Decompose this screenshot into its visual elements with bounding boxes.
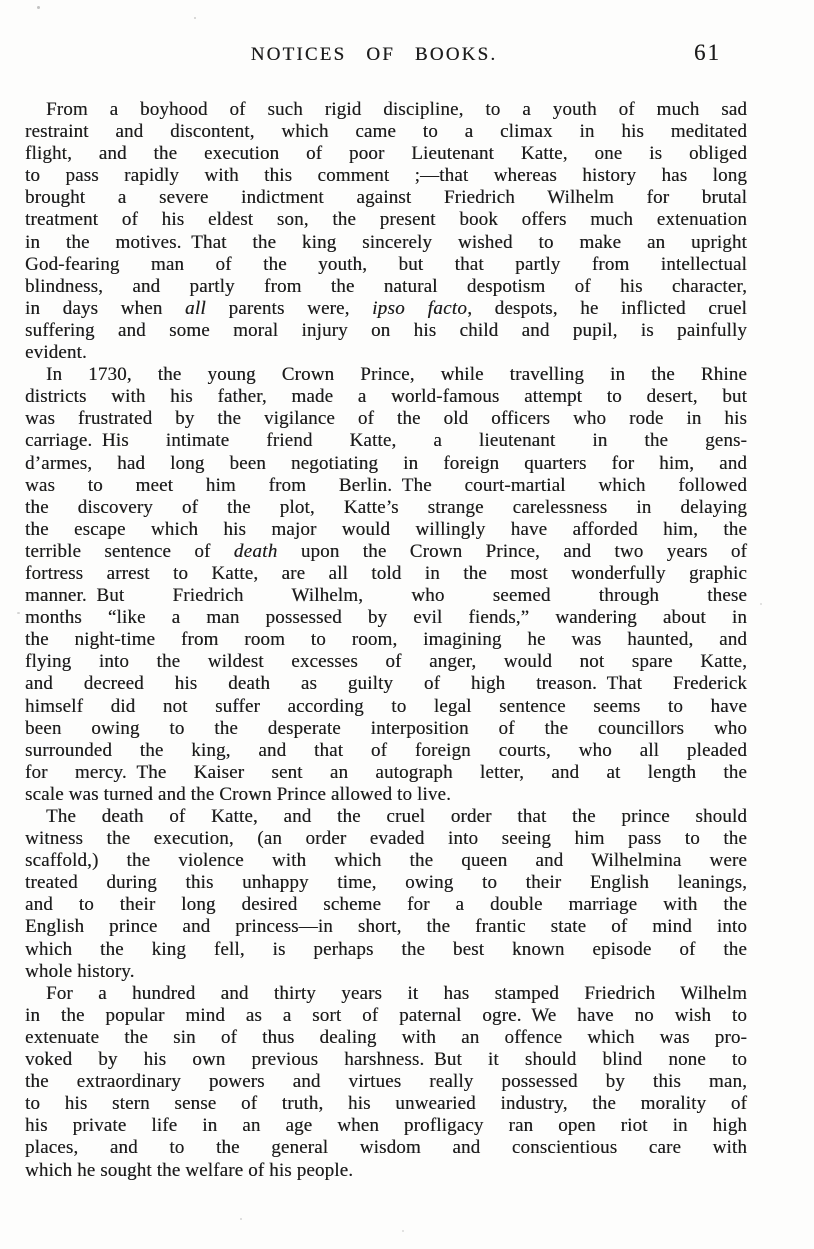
text-line: treatment of his eldest son, the present…	[25, 209, 747, 231]
text-line: which he sought the welfare of his peopl…	[25, 1160, 747, 1182]
text-line: and decreed his death as guilty of high …	[25, 673, 747, 695]
text-run: districts with his father, made a world-…	[25, 386, 747, 407]
text-run: surrounded the king, and that of foreign…	[25, 740, 747, 761]
text-line: was to meet him from Berlin. The court-m…	[25, 475, 747, 497]
text-line: evident.	[25, 342, 747, 364]
text-run: carriage. His intimate friend Katte, a l…	[25, 430, 747, 451]
text-run: to his stern sense of truth, his unweari…	[25, 1093, 747, 1114]
scan-speck	[37, 6, 40, 9]
paragraph: From a boyhood of such rigid discipline,…	[25, 99, 747, 364]
text-run: witness the execution, (an order evaded …	[25, 828, 747, 849]
text-line: treated during this unhappy time, owing …	[25, 872, 747, 894]
text-run: parents were,	[206, 298, 372, 319]
text-line: and to their long desired scheme for a d…	[25, 894, 747, 916]
text-run: brought a severe indictment against Frie…	[25, 187, 747, 208]
text-run: and decreed his death as guilty of high …	[25, 673, 747, 694]
text-run: voked by his own previous harshness. But…	[25, 1049, 747, 1070]
text-run: God-fearing man of the youth, but that p…	[25, 254, 747, 275]
page-number: 61	[694, 40, 721, 66]
text-line: to his stern sense of truth, his unweari…	[25, 1093, 747, 1115]
text-line: d’armes, had long been negotiating in fo…	[25, 453, 747, 475]
text-line: fortress arrest to Katte, are all told i…	[25, 563, 747, 585]
text-line: flight, and the execution of poor Lieute…	[25, 143, 747, 165]
text-line: English prince and princess—in short, th…	[25, 916, 747, 938]
text-run: the discovery of the plot, Katte’s stran…	[25, 497, 747, 518]
scan-speck	[17, 612, 20, 614]
text-run: d’armes, had long been negotiating in fo…	[25, 453, 747, 474]
text-run: was to meet him from Berlin. The court-m…	[25, 475, 747, 496]
text-run: treated during this unhappy time, owing …	[25, 872, 747, 893]
text-line: months “like a man possessed by evil fie…	[25, 607, 747, 629]
text-line: in the motives. That the king sincerely …	[25, 232, 747, 254]
text-run: scaffold,) the violence with which the q…	[25, 850, 747, 871]
scan-speck	[240, 1218, 242, 1220]
text-line: voked by his own previous harshness. But…	[25, 1049, 747, 1071]
text-line: flying into the wildest excesses of ange…	[25, 651, 747, 673]
text-run: and to their long desired scheme for a d…	[25, 894, 747, 915]
text-line: the extraordinary powers and virtues rea…	[25, 1071, 747, 1093]
text-run: evident.	[25, 342, 87, 363]
text-line: brought a severe indictment against Frie…	[25, 187, 747, 209]
text-run: for mercy. The Kaiser sent an autograph …	[25, 762, 747, 783]
text-line: God-fearing man of the youth, but that p…	[25, 254, 747, 276]
page-title: NOTICES OF BOOKS.	[13, 44, 735, 66]
text-line: his private life in an age when profliga…	[25, 1115, 747, 1137]
text-run: flying into the wildest excesses of ange…	[25, 651, 747, 672]
text-line: scaffold,) the violence with which the q…	[25, 850, 747, 872]
text-run: terrible sentence of	[25, 541, 234, 562]
text-run: From a boyhood of such rigid discipline,…	[46, 99, 747, 120]
running-head: NOTICES OF BOOKS.	[25, 44, 747, 70]
text-run: in the popular mind as a sort of paterna…	[25, 1005, 747, 1026]
text-line: districts with his father, made a world-…	[25, 386, 747, 408]
text-run: his private life in an age when profliga…	[25, 1115, 747, 1136]
text-run: fortress arrest to Katte, are all told i…	[25, 563, 747, 584]
text-line: the night-time from room to room, imagin…	[25, 629, 747, 651]
text-run: , despots, he inflicted cruel	[467, 298, 747, 319]
paragraph: In 1730, the young Crown Prince, while t…	[25, 364, 747, 806]
text-run: in days when	[25, 298, 185, 319]
text-run: blindness, and partly from the natural d…	[25, 276, 747, 297]
text-run: flight, and the execution of poor Lieute…	[25, 143, 747, 164]
text-line: the escape which his major would willing…	[25, 519, 747, 541]
text-run: in the motives. That the king sincerely …	[25, 232, 747, 253]
text-run: was frustrated by the vigilance of the o…	[25, 408, 747, 429]
text-run: months “like a man possessed by evil fie…	[25, 607, 747, 628]
text-line: blindness, and partly from the natural d…	[25, 276, 747, 298]
text-run: been owing to the desperate interpositio…	[25, 718, 747, 739]
text-run: suffering and some moral injury on his c…	[25, 320, 747, 341]
text-run: For a hundred and thirty years it has st…	[46, 983, 747, 1004]
text-line: terrible sentence of death upon the Crow…	[25, 541, 747, 563]
scan-speck	[194, 17, 196, 19]
text-line: himself did not suffer according to lega…	[25, 696, 747, 718]
text-line: carriage. His intimate friend Katte, a l…	[25, 430, 747, 452]
text-run: to pass rapidly with this comment ;—that…	[25, 165, 747, 186]
text-run: scale was turned and the Crown Prince al…	[25, 784, 451, 805]
text-run: whole history.	[25, 961, 135, 982]
italic-text: death	[234, 541, 278, 562]
text-line: which the king fell, is perhaps the best…	[25, 939, 747, 961]
italic-text: all	[185, 298, 206, 319]
text-line: been owing to the desperate interpositio…	[25, 718, 747, 740]
text-run: manner. But Friedrich Wilhelm, who seeme…	[25, 585, 747, 606]
scanned-book-page: NOTICES OF BOOKS. 61 From a boyhood of s…	[0, 0, 814, 1249]
text-line: witness the execution, (an order evaded …	[25, 828, 747, 850]
text-run: English prince and princess—in short, th…	[25, 916, 747, 937]
scan-speck	[760, 603, 762, 605]
text-run: the night-time from room to room, imagin…	[25, 629, 747, 650]
text-run: In 1730, the young Crown Prince, while t…	[46, 364, 747, 385]
text-line: the discovery of the plot, Katte’s stran…	[25, 497, 747, 519]
text-run: restraint and discontent, which came to …	[25, 121, 747, 142]
text-line: whole history.	[25, 961, 747, 983]
text-line: For a hundred and thirty years it has st…	[25, 983, 747, 1005]
text-line: to pass rapidly with this comment ;—that…	[25, 165, 747, 187]
text-run: places, and to the general wisdom and co…	[25, 1137, 747, 1158]
scan-speck	[402, 1230, 404, 1232]
text-line: The death of Katte, and the cruel order …	[25, 806, 747, 828]
text-run: The death of Katte, and the cruel order …	[46, 806, 747, 827]
text-line: suffering and some moral injury on his c…	[25, 320, 747, 342]
text-line: In 1730, the young Crown Prince, while t…	[25, 364, 747, 386]
text-line: scale was turned and the Crown Prince al…	[25, 784, 747, 806]
text-run: the escape which his major would willing…	[25, 519, 747, 540]
text-line: restraint and discontent, which came to …	[25, 121, 747, 143]
text-run: upon the Crown Prince, and two years of	[278, 541, 748, 562]
text-run: which the king fell, is perhaps the best…	[25, 939, 747, 960]
page-body: From a boyhood of such rigid discipline,…	[25, 99, 747, 1182]
text-run: himself did not suffer according to lega…	[25, 696, 747, 717]
text-line: in the popular mind as a sort of paterna…	[25, 1005, 747, 1027]
italic-text: ipso facto	[372, 298, 467, 319]
text-run: which he sought the welfare of his peopl…	[25, 1160, 353, 1181]
text-line: in days when all parents were, ipso fact…	[25, 298, 747, 320]
text-line: places, and to the general wisdom and co…	[25, 1137, 747, 1159]
paragraph: For a hundred and thirty years it has st…	[25, 983, 747, 1182]
text-line: surrounded the king, and that of foreign…	[25, 740, 747, 762]
text-line: for mercy. The Kaiser sent an autograph …	[25, 762, 747, 784]
text-line: extenuate the sin of thus dealing with a…	[25, 1027, 747, 1049]
text-line: was frustrated by the vigilance of the o…	[25, 408, 747, 430]
text-run: treatment of his eldest son, the present…	[25, 209, 747, 230]
text-line: From a boyhood of such rigid discipline,…	[25, 99, 747, 121]
text-run: the extraordinary powers and virtues rea…	[25, 1071, 747, 1092]
text-run: extenuate the sin of thus dealing with a…	[25, 1027, 747, 1048]
paragraph: The death of Katte, and the cruel order …	[25, 806, 747, 983]
text-line: manner. But Friedrich Wilhelm, who seeme…	[25, 585, 747, 607]
